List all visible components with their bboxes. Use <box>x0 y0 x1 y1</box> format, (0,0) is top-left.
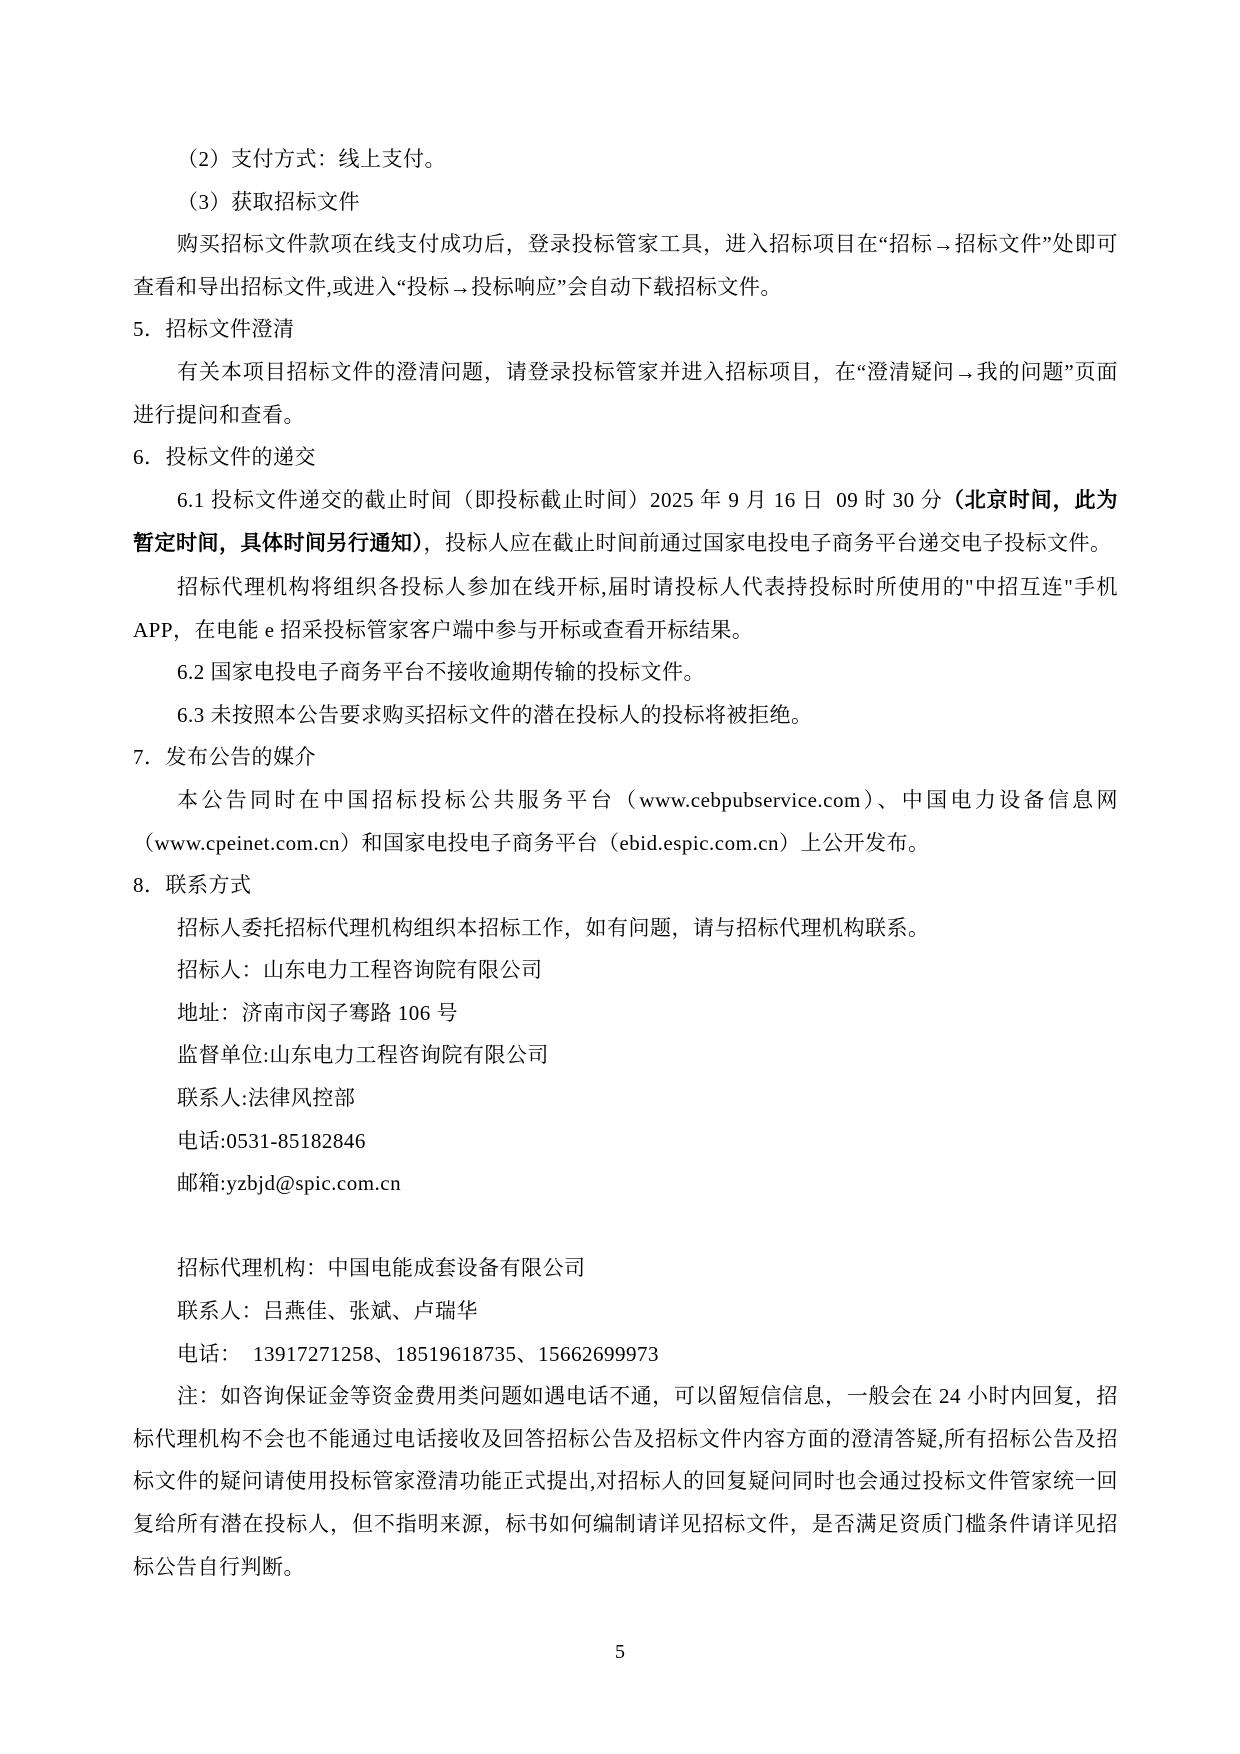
contact-tenderee: 招标人：山东电力工程咨询院有限公司 <box>133 949 1118 992</box>
text-run: 6.2 国家电投电子商务平台不接收逾期传输的投标文件。 <box>177 660 705 684</box>
text-run: 5．招标文件澄清 <box>133 317 295 341</box>
document-body: （2）支付方式：线上支付。（3）获取招标文件购买招标文件款项在线支付成功后，登录… <box>133 138 1118 1588</box>
blank-line <box>133 1205 1118 1248</box>
text-run: 招标代理机构：中国电能成套设备有限公司 <box>177 1256 586 1280</box>
para-purchase-download: 购买招标文件款项在线支付成功后，登录投标管家工具，进入招标项目在“招标→招标文件… <box>133 223 1118 308</box>
text-run: （3）获取招标文件 <box>177 190 360 214</box>
text-run: 联系人:法律风控部 <box>177 1086 355 1110</box>
document-page: （2）支付方式：线上支付。（3）获取招标文件购买招标文件款项在线支付成功后，登录… <box>0 0 1240 1754</box>
text-run: 邮箱:yzbjd@spic.com.cn <box>177 1171 401 1195</box>
heading-6-submission: 6．投标文件的递交 <box>133 436 1118 479</box>
agency-name: 招标代理机构：中国电能成套设备有限公司 <box>133 1247 1118 1290</box>
text-run: （2）支付方式：线上支付。 <box>177 147 446 171</box>
para-online-bid-opening: 招标代理机构将组织各投标人参加在线开标,届时请投标人代表持投标时所使用的"中招互… <box>133 566 1118 651</box>
para-6-3: 6.3 未按照本公告要求购买招标文件的潜在投标人的投标将被拒绝。 <box>133 694 1118 737</box>
page-number: 5 <box>0 1641 1240 1664</box>
para-note: 注：如咨询保证金等资金费用类问题如遇电话不通，可以留短信信息，一般会在 24 小… <box>133 1375 1118 1588</box>
para-media: 本公告同时在中国招标投标公共服务平台（www.cebpubservice.com… <box>133 779 1118 864</box>
text-run: 有关本项目招标文件的澄清问题，请登录投标管家并进入招标项目，在“澄清疑问→我的问… <box>133 360 1118 427</box>
text-run: 招标人委托招标代理机构组织本招标工作，如有问题，请与招标代理机构联系。 <box>177 916 930 940</box>
text-run: 招标人：山东电力工程咨询院有限公司 <box>177 958 543 982</box>
contact-supervisor: 监督单位:山东电力工程咨询院有限公司 <box>133 1034 1118 1077</box>
text-run: 6.1 投标文件递交的截止时间（即投标截止时间）2025 年 9 月 16 日 … <box>177 488 943 512</box>
text-run: 6．投标文件的递交 <box>133 445 316 469</box>
text-run: 8．联系方式 <box>133 873 252 897</box>
contact-email: 邮箱:yzbjd@spic.com.cn <box>133 1162 1118 1205</box>
heading-8-contact: 8．联系方式 <box>133 864 1118 907</box>
heading-7-media: 7．发布公告的媒介 <box>133 736 1118 779</box>
text-run: 监督单位:山东电力工程咨询院有限公司 <box>177 1043 549 1067</box>
agency-phones: 电话： 13917271258、18519618735、15662699973 <box>133 1333 1118 1376</box>
text-run: 电话:0531-85182846 <box>177 1129 366 1153</box>
para-contact-intro: 招标人委托招标代理机构组织本招标工作，如有问题，请与招标代理机构联系。 <box>133 907 1118 950</box>
para-6-2: 6.2 国家电投电子商务平台不接收逾期传输的投标文件。 <box>133 651 1118 694</box>
text-run: 6.3 未按照本公告要求购买招标文件的潜在投标人的投标将被拒绝。 <box>177 703 813 727</box>
text-run: 7．发布公告的媒介 <box>133 745 316 769</box>
para-6-1-deadline: 6.1 投标文件递交的截止时间（即投标截止时间）2025 年 9 月 16 日 … <box>133 479 1118 566</box>
contact-phone: 电话:0531-85182846 <box>133 1120 1118 1163</box>
text-run: 本公告同时在中国招标投标公共服务平台（www.cebpubservice.com… <box>133 788 1118 855</box>
text-run: 购买招标文件款项在线支付成功后，登录投标管家工具，进入招标项目在“招标→招标文件… <box>133 232 1118 299</box>
item-obtain-documents: （3）获取招标文件 <box>133 181 1118 224</box>
agency-contacts: 联系人：吕燕佳、张斌、卢瑞华 <box>133 1290 1118 1333</box>
text-run: 电话： 13917271258、18519618735、15662699973 <box>177 1342 659 1366</box>
contact-person: 联系人:法律风控部 <box>133 1077 1118 1120</box>
text-run: 地址：济南市闵子骞路 106 号 <box>177 1001 458 1025</box>
text-run: 招标代理机构将组织各投标人参加在线开标,届时请投标人代表持投标时所使用的"中招互… <box>133 575 1118 642</box>
text-run: 联系人：吕燕佳、张斌、卢瑞华 <box>177 1299 478 1323</box>
para-clarification: 有关本项目招标文件的澄清问题，请登录投标管家并进入招标项目，在“澄清疑问→我的问… <box>133 351 1118 436</box>
contact-address: 地址：济南市闵子骞路 106 号 <box>133 992 1118 1035</box>
heading-5-clarification: 5．招标文件澄清 <box>133 308 1118 351</box>
text-run: ，投标人应在截止时间前通过国家电投电子商务平台递交电子投标文件。 <box>424 531 1112 555</box>
text-run: 注：如咨询保证金等资金费用类问题如遇电话不通，可以留短信信息，一般会在 24 小… <box>133 1384 1118 1578</box>
item-payment-method: （2）支付方式：线上支付。 <box>133 138 1118 181</box>
